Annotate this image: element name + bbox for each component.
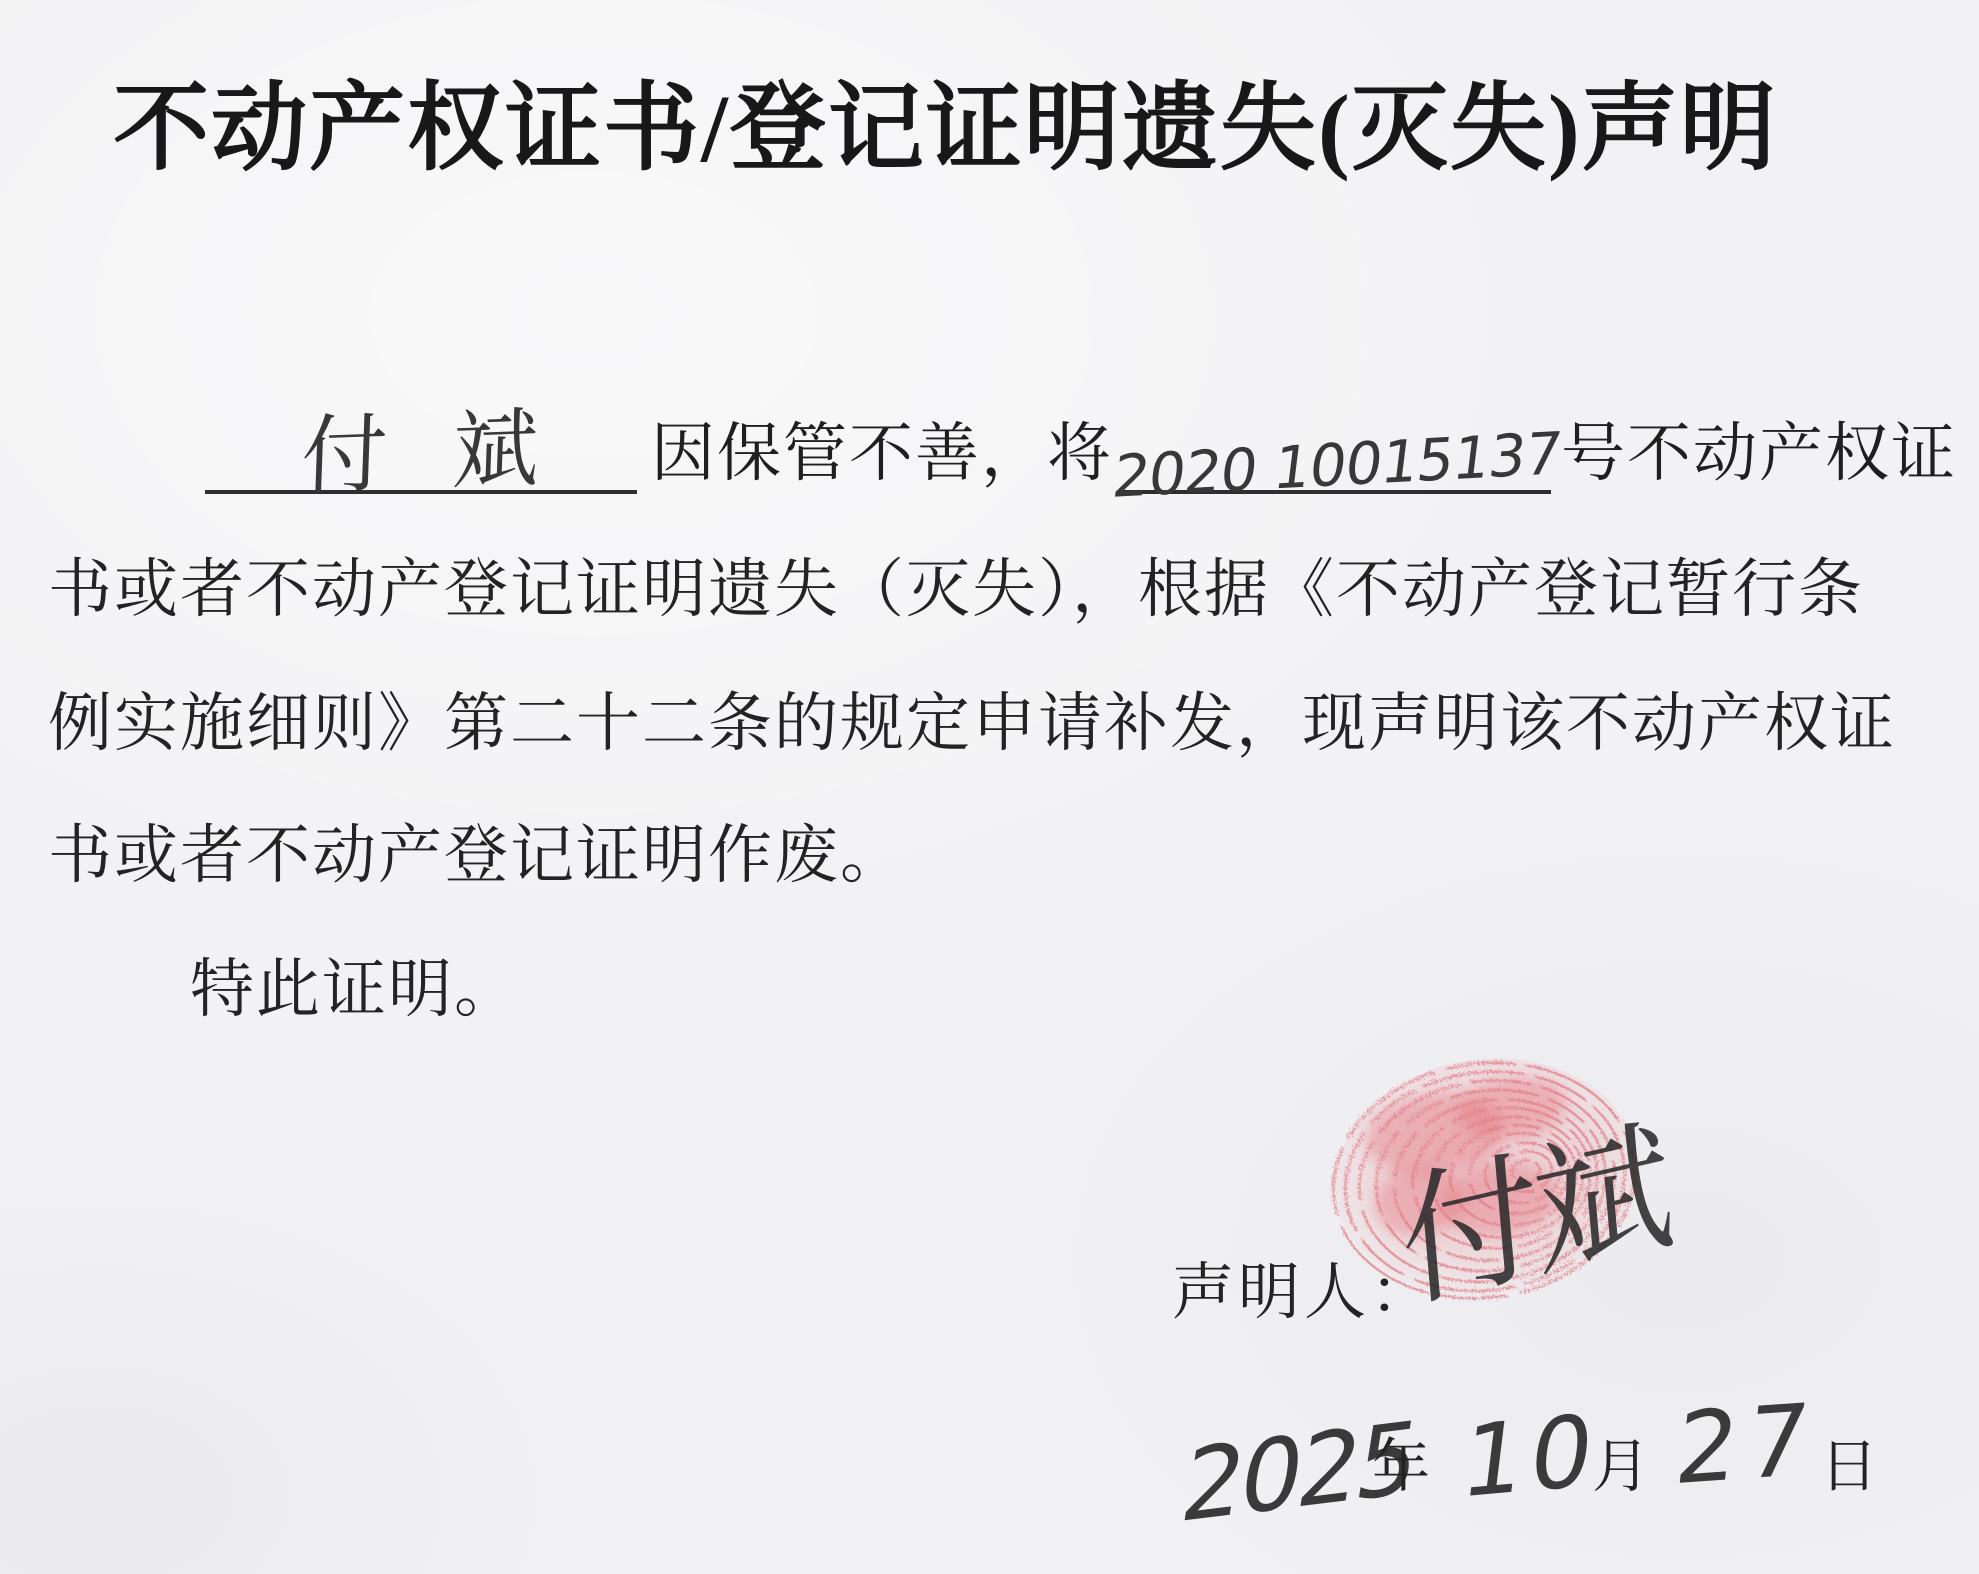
text-after-number: 号不动产权证: [1561, 402, 1957, 494]
date-day-label: 日: [1820, 1438, 1878, 1496]
declaration-line-1: 付 斌 因保管不善，将 2020 10015137 号不动产权证: [205, 402, 1957, 494]
declaration-line-3: 例实施细则》第二十二条的规定申请补发，现声明该不动产权证: [48, 672, 1896, 764]
declaration-line-2: 书或者不动产登记证明遗失（灭失），根据《不动产登记暂行条: [48, 538, 1864, 630]
closing-line: 特此证明。: [190, 938, 520, 1030]
certificate-number-handwriting: 2020 10015137: [1110, 424, 1565, 506]
declarant-label: 声明人：: [1172, 1242, 1436, 1331]
declaration-line-4: 书或者不动产登记证明作废。: [48, 804, 906, 896]
text-after-name: 因保管不善，将: [651, 402, 1113, 494]
date-day-handwriting: 27: [1671, 1391, 1822, 1500]
declarant-name-handwriting: 付 斌: [300, 406, 542, 501]
date-month-label: 月: [1592, 1438, 1650, 1496]
date-year-label: 年: [1372, 1438, 1430, 1496]
certificate-number-blank: 2020 10015137: [1123, 414, 1551, 494]
date-month-handwriting: 10: [1456, 1401, 1604, 1512]
signature-handwriting: 付斌: [1395, 1115, 1673, 1319]
declarant-name-blank: 付 斌: [205, 414, 637, 494]
document-title: 不动产权证书/登记证明遗失(灭失)声明: [0, 52, 1935, 189]
scanned-declaration-document: 不动产权证书/登记证明遗失(灭失)声明 付 斌 因保管不善，将 2020 100…: [0, 0, 1979, 1574]
